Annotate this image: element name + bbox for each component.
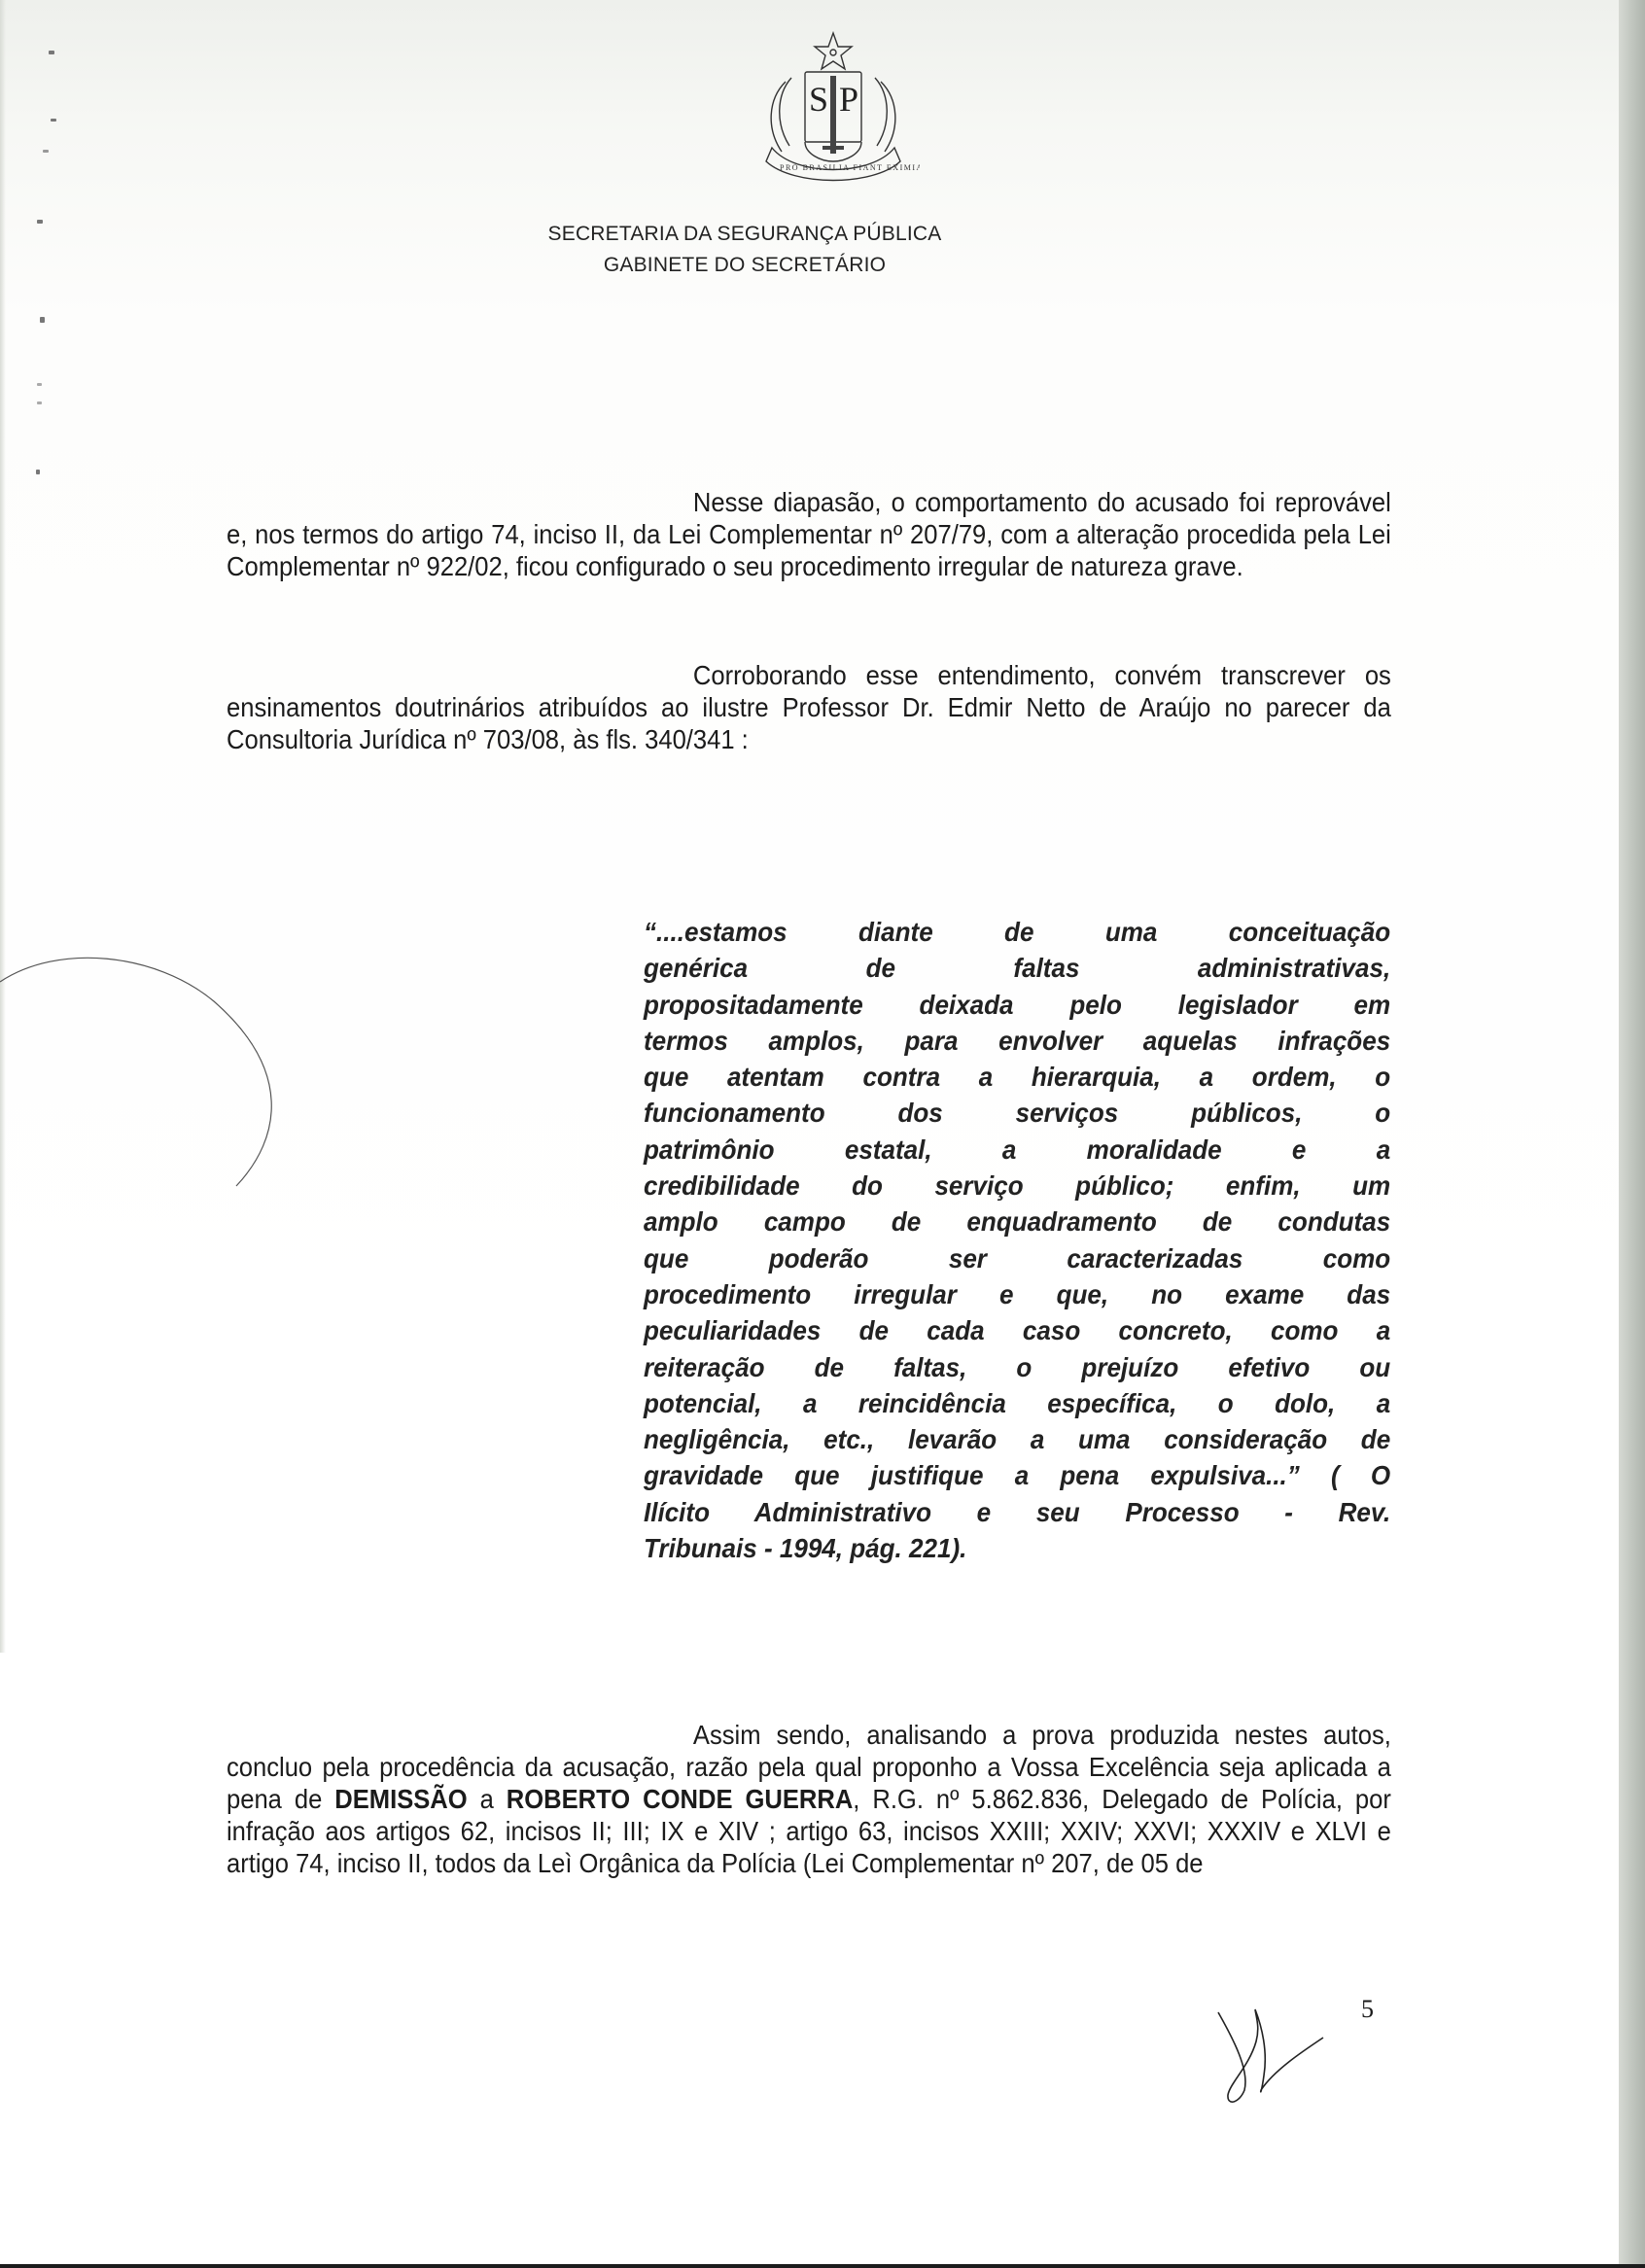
svg-text:PRO BRASILIA FIANT EXIMIA: PRO BRASILIA FIANT EXIMIA: [780, 163, 920, 172]
scanner-edge: [1619, 0, 1645, 2264]
scan-speck: [37, 401, 42, 404]
scanner-bottom-edge: [0, 2264, 1645, 2268]
quote-line: negligência, etc., levarão a uma conside…: [644, 1421, 1390, 1457]
quote-line: patrimônio estatal, a moralidade e a: [644, 1132, 1390, 1168]
svg-text:P: P: [839, 80, 858, 119]
scan-speck: [36, 470, 40, 474]
quote-line: que poderão ser caracterizadas como: [644, 1240, 1390, 1276]
signature-initials: [1206, 1998, 1361, 2114]
quote-line: funcionamento dos serviços públicos, o: [644, 1095, 1390, 1131]
quote-line: reiteração de faltas, o prejuízo efetivo…: [644, 1349, 1390, 1385]
quote-line: propositadamente deixada pelo legislador…: [644, 987, 1390, 1023]
paragraph-1-text: Nesse diapasão, o comportamento do acusa…: [227, 487, 1391, 581]
scan-speck: [49, 51, 54, 54]
paragraph-2: Corroborando esse entendimento, convém t…: [227, 659, 1391, 755]
scan-speck: [51, 119, 56, 122]
header-line-1: SECRETARIA DA SEGURANÇA PÚBLICA: [0, 223, 1567, 246]
doctrinal-quote: “....estamos diante de uma conceituação …: [644, 914, 1390, 1566]
scan-speck: [40, 317, 45, 323]
scan-speck: [43, 150, 49, 153]
quote-line: potencial, a reincidência específica, o …: [644, 1385, 1390, 1421]
page-number: 5: [1361, 1995, 1374, 2024]
quote-line: Ilícito Administrativo e seu Processo - …: [644, 1494, 1390, 1530]
quote-line: procedimento irregular e que, no exame d…: [644, 1276, 1390, 1312]
paragraph-1: Nesse diapasão, o comportamento do acusa…: [227, 486, 1391, 582]
quote-line: amplo campo de enquadramento de condutas: [644, 1204, 1390, 1239]
scan-speck: [37, 383, 42, 386]
quote-line: que atentam contra a hierarquia, a ordem…: [644, 1059, 1390, 1095]
paragraph-2-text: Corroborando esse entendimento, convém t…: [227, 660, 1391, 754]
conclusion-paragraph: Assim sendo, analisando a prova produzid…: [227, 1719, 1391, 1879]
accused-name: ROBERTO CONDE GUERRA: [507, 1784, 854, 1814]
quote-line: Tribunais - 1994, pág. 221).: [644, 1530, 1390, 1566]
header-line-2: GABINETE DO SECRETÁRIO: [0, 254, 1567, 277]
quote-line: gravidade que justifique a pena expulsiv…: [644, 1457, 1390, 1493]
quote-line: genérica de faltas administrativas,: [644, 950, 1390, 986]
sao-paulo-coat-of-arms-icon: S P PRO BRASILIA FIANT EXIMIA: [747, 31, 920, 187]
quote-line: termos amplos, para envolver aquelas inf…: [644, 1023, 1390, 1059]
margin-pencil-arc: [0, 914, 292, 1205]
conclusion-connector: a: [468, 1784, 507, 1814]
quote-line: credibilidade do serviço público; enfim,…: [644, 1168, 1390, 1204]
quote-line: “....estamos diante de uma conceituação: [644, 914, 1390, 950]
scan-shadow-left: [0, 0, 6, 1653]
svg-text:S: S: [809, 80, 828, 119]
penalty: DEMISSÃO: [334, 1784, 467, 1814]
quote-line: peculiaridades de cada caso concreto, co…: [644, 1312, 1390, 1348]
